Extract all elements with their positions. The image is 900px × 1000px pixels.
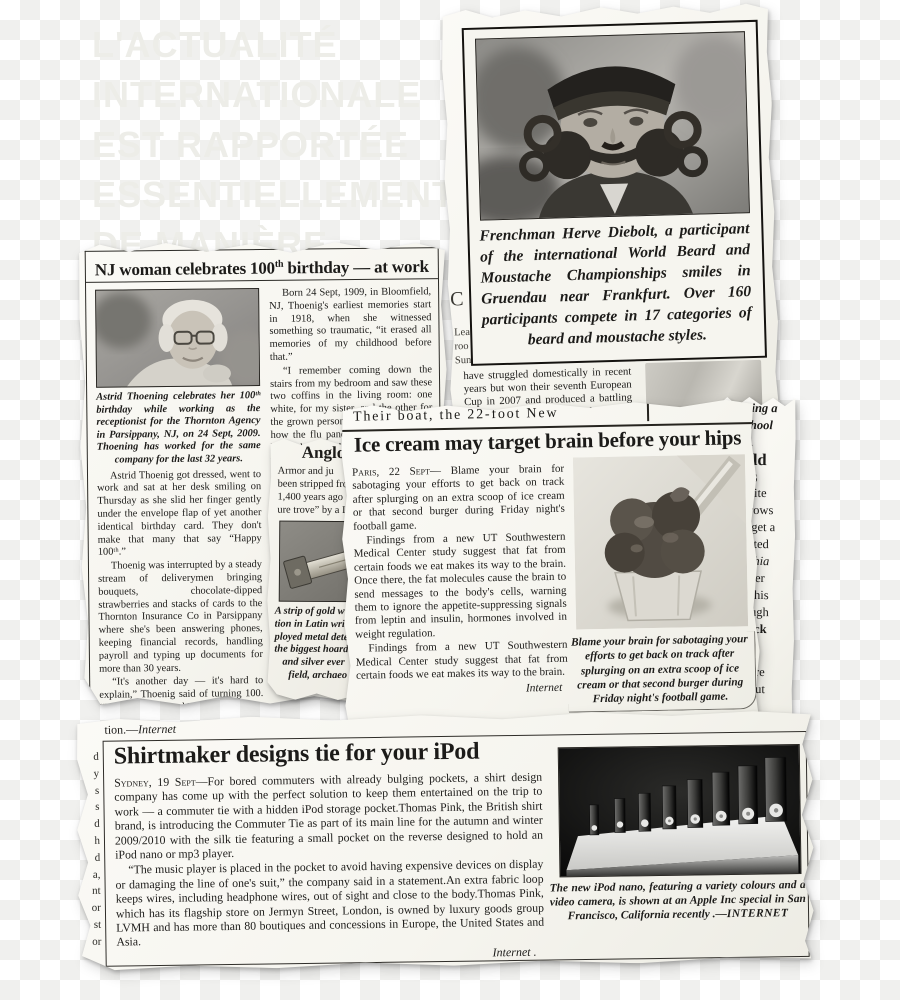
icecream-photo-caption: Blame your brain for sabotaging your eff… — [567, 631, 756, 713]
article-paragraph: Findings from a new UT Southwestern Medi… — [355, 639, 568, 683]
newspaper-paper: C Lea roo Sun — [439, 1, 781, 431]
article-credit: Internet — [356, 681, 568, 697]
photo-caption-frame: Frenchman Herve Diebolt, a participant o… — [462, 20, 767, 366]
shirtmaker-headline: Shirtmaker designs tie for your iPod — [114, 737, 554, 770]
article-paragraph: Astrid Thoenig got dressed, went to work… — [97, 469, 262, 560]
newspaper-paper: tion.—Internet d y s s d h d a, nt or st… — [74, 709, 815, 971]
nj-photo-caption: Astrid Thoening celebrates her 100ᵗʰ bir… — [96, 390, 261, 467]
article-paragraph: Findings from a new UT Southwestern Medi… — [353, 531, 567, 642]
article-paragraph: Paris, 22 Sept— Blame your brain for sab… — [352, 463, 565, 534]
watermark-line: ESSENTIELLEMENT — [92, 170, 455, 220]
article-paragraph: Born 24 Sept, 1909, in Bloomfield, NJ, T… — [269, 286, 432, 364]
ice-cream-illustration — [573, 454, 748, 629]
watermark-line: L'ACTUALITÉ — [92, 20, 455, 70]
dateline: Paris, 22 Sept— — [352, 465, 451, 479]
article-paragraph: Sydney, 19 Sept—For bored commuters with… — [114, 770, 543, 862]
clipping-shirtmaker-ipod-tie: tion.—Internet d y s s d h d a, nt or st… — [76, 714, 814, 966]
cutoff-column-fragment: Lea roo Sun — [454, 326, 472, 368]
article-paragraph: “The music player is placed in the pocke… — [115, 857, 544, 949]
article-end-fragment: tion.—Internet — [104, 722, 176, 738]
astrid-thoening-photo — [95, 288, 260, 388]
shirtmaker-body: Sydney, 19 Sept—For bored commuters with… — [114, 770, 545, 966]
cutoff-column-letters: d y s s d h d a, nt or st or — [81, 749, 102, 951]
ipod-nano-display-photo — [558, 744, 802, 877]
article-border-box: Shirtmaker designs tie for your iPod Syd… — [103, 731, 810, 967]
nj-headline: NJ woman celebrates 100th birthday — at … — [86, 248, 438, 283]
boat-headline-fragment: Their boat, the 22-foot New — [353, 406, 559, 426]
cutoff-letter: C — [450, 288, 464, 311]
beard-man-photo — [475, 31, 750, 220]
clipping-ice-cream-brain: Their boat, the 22-foot New Ice cream ma… — [342, 402, 758, 735]
elderly-woman-illustration — [96, 289, 259, 387]
icecream-left-column: Paris, 22 Sept— Blame your brain for sab… — [352, 463, 568, 698]
ipod-photo-caption: The new iPod nano, featuring a variety c… — [550, 878, 807, 924]
newspaper-collage-canvas: { "canvas": { "checker_light": "#ffffff"… — [0, 0, 900, 1000]
dateline: Sydney, 19 Sept— — [114, 774, 207, 789]
beard-photo-caption: Frenchman Herve Diebolt, a participant o… — [479, 218, 752, 351]
nj-left-column: Astrid Thoening celebrates her 100ᵗʰ bir… — [95, 288, 263, 706]
watermark-line: INTERNATIONALE — [92, 70, 455, 120]
article-paragraph: Thoenig was interrupted by a steady stre… — [98, 559, 263, 676]
ipod-row-illustration — [559, 745, 801, 876]
column-rule — [647, 402, 649, 421]
clipping-beard-championship: C Lea roo Sun — [445, 6, 775, 427]
ice-cream-photo — [573, 454, 748, 629]
watermark-line: EST RAPPORTÉE — [92, 120, 455, 170]
newspaper-paper: Their boat, the 22-foot New Ice cream ma… — [339, 398, 761, 739]
article-paragraph: “It's another day — it's hard to explain… — [99, 675, 263, 706]
beard-man-illustration — [476, 32, 749, 219]
